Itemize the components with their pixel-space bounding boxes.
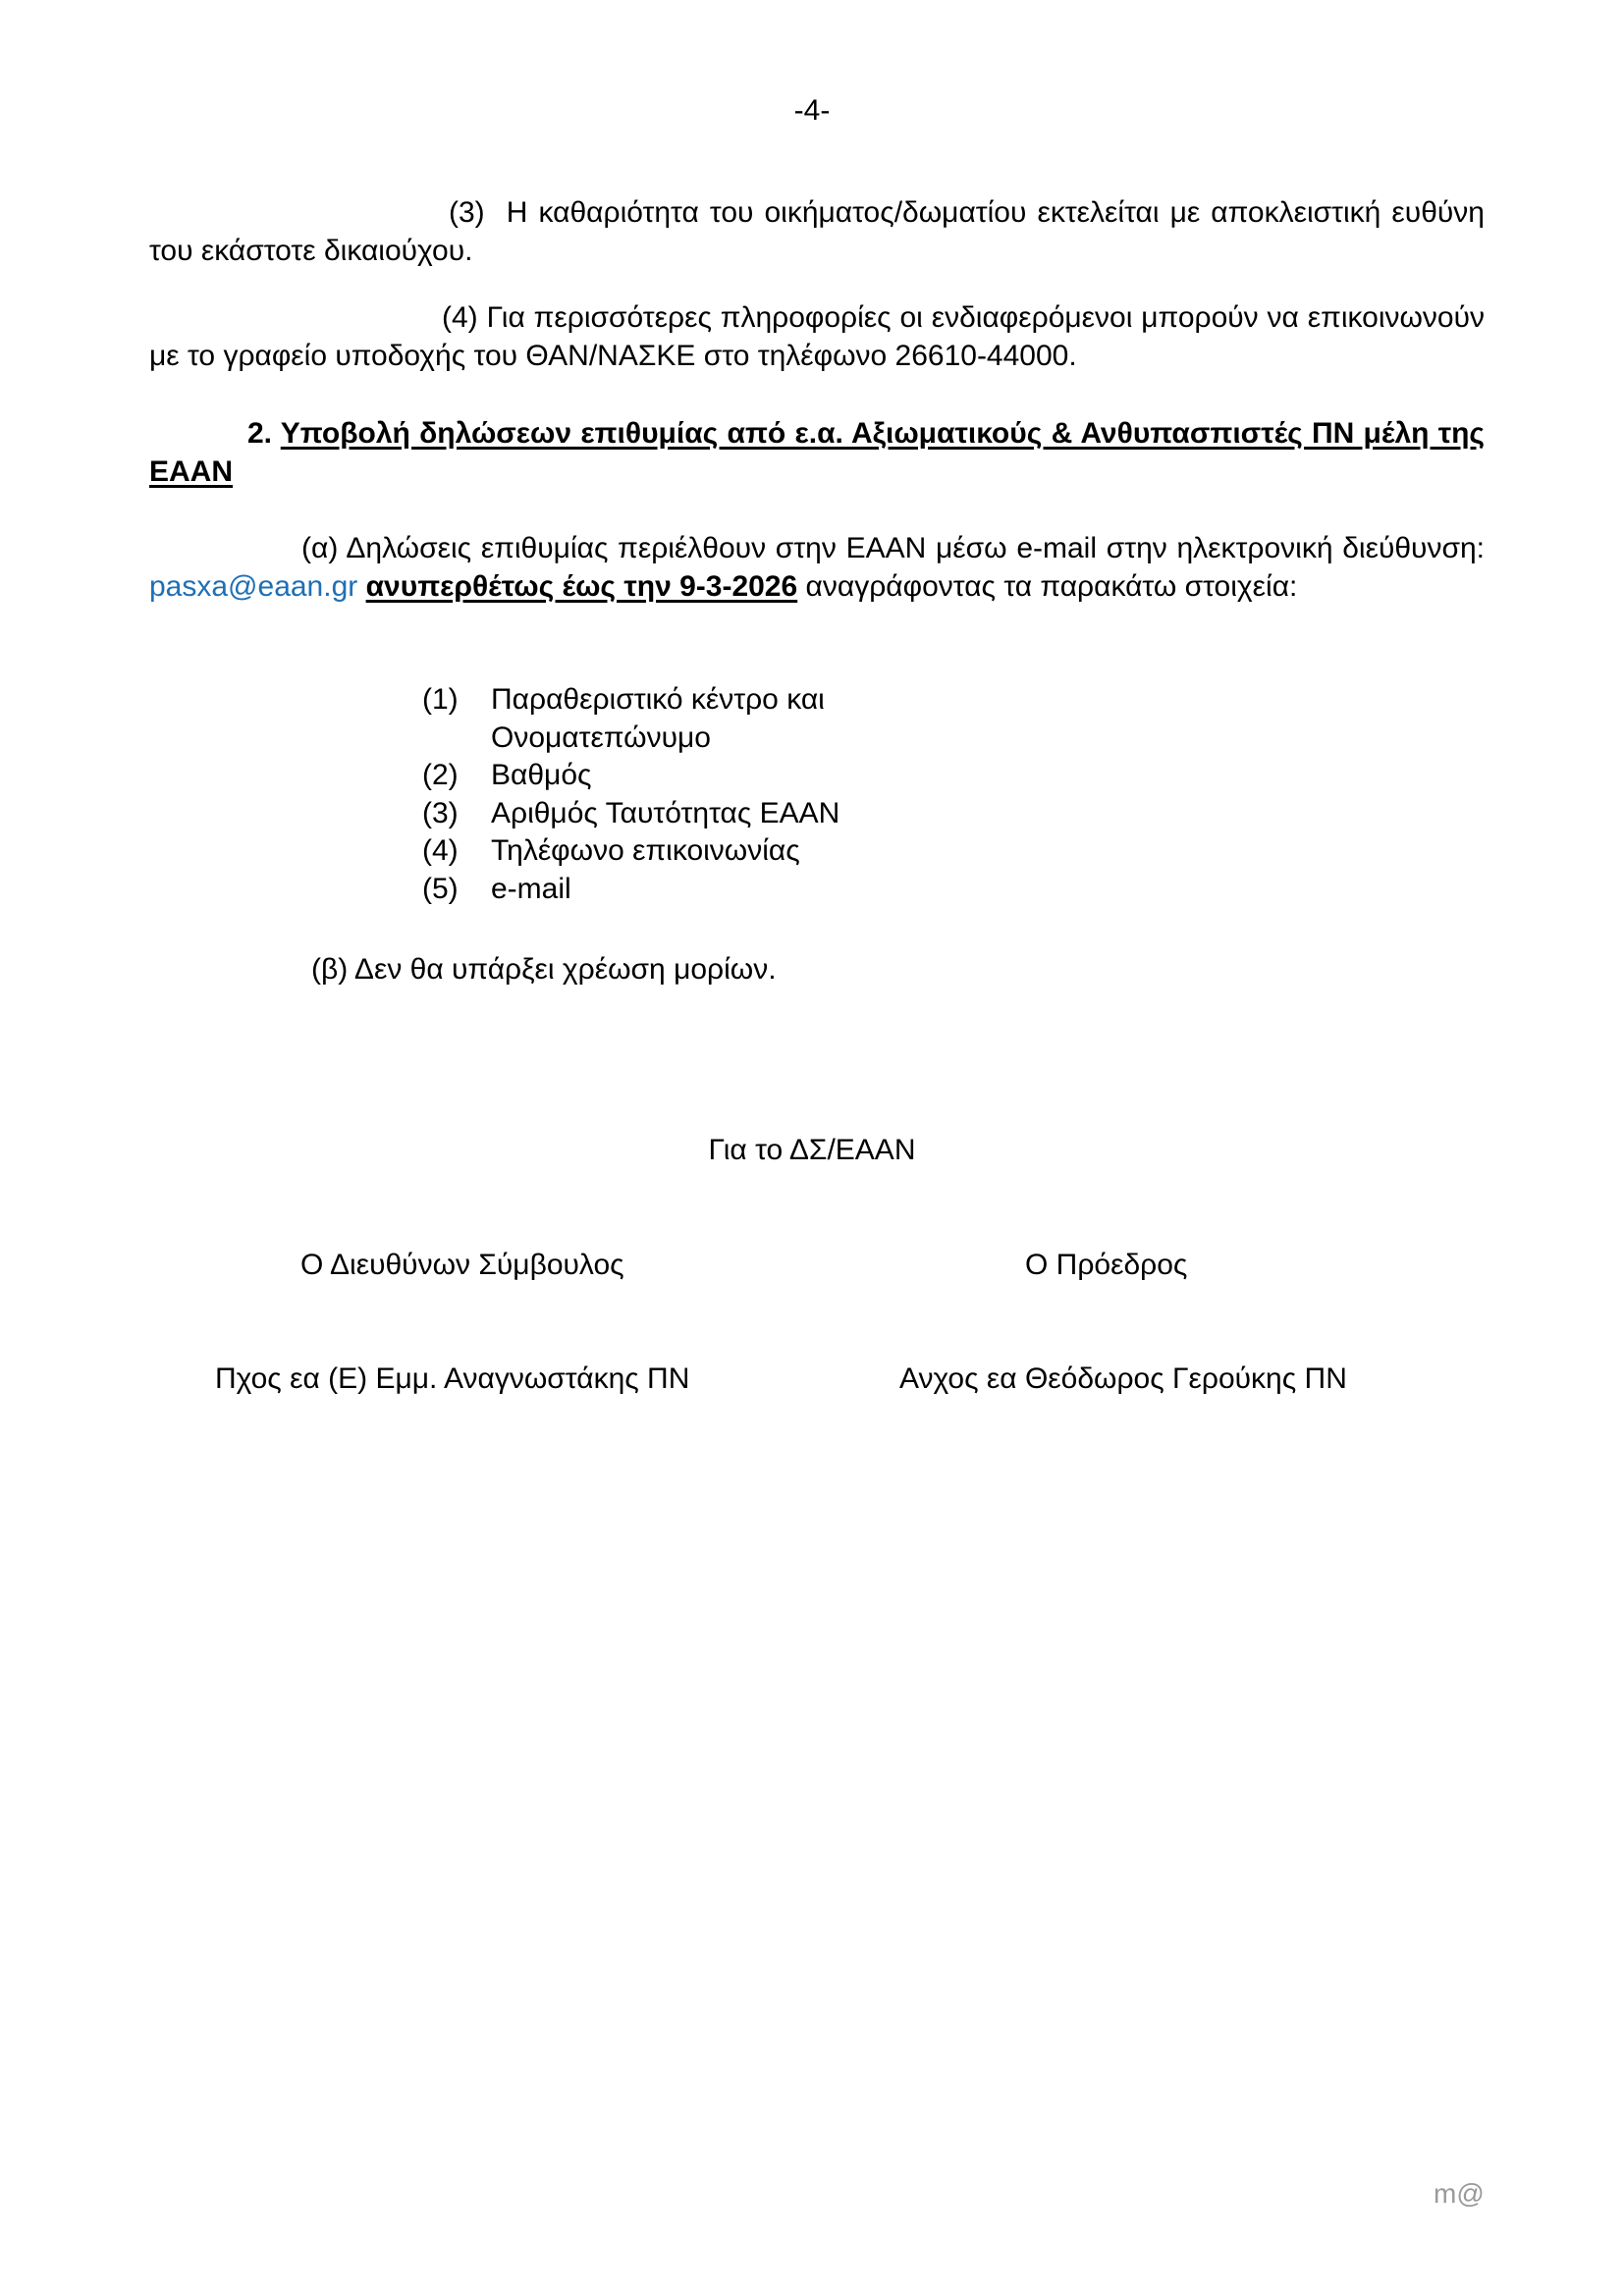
paragraph-b: (β) Δεν θα υπάρξει χρέωση μορίων. <box>311 950 777 988</box>
list-item-text: e-mail <box>491 871 903 909</box>
paragraph-3-label: (3) <box>449 196 485 229</box>
paragraph-4: (4) Για περισσότερες πληροφορίες οι ενδι… <box>149 298 1485 375</box>
list-item-number: (2) <box>422 757 491 795</box>
list-item: (5) e-mail <box>422 871 903 909</box>
list-item: (3) Αριθμός Ταυτότητας ΕΑΑΝ <box>422 795 903 833</box>
required-info-list: (1) Παραθεριστικό κέντρο και Ονοματεπώνυ… <box>422 681 903 908</box>
for-board-label: Για το ΔΣ/ΕΑΑΝ <box>0 1134 1624 1167</box>
paragraph-3-text: Η καθαριότητα του οικήματος/δωματίου εκτ… <box>149 196 1485 267</box>
list-item-text: Παραθεριστικό κέντρο και Ονοματεπώνυμο <box>491 681 903 757</box>
list-item: (4) Τηλέφωνο επικοινωνίας <box>422 832 903 871</box>
email-link[interactable]: pasxa@eaan.gr <box>149 570 357 603</box>
list-item-number: (4) <box>422 832 491 871</box>
section-title: Υποβολή δηλώσεων επιθυμίας από ε.α. Αξιω… <box>149 417 1485 488</box>
paragraph-4-label: (4) <box>442 301 478 334</box>
list-item-text: Τηλέφωνο επικοινωνίας <box>491 832 903 871</box>
section-number: 2. <box>149 414 272 453</box>
list-item: (2) Βαθμός <box>422 757 903 795</box>
list-item-text: Βαθμός <box>491 757 903 795</box>
list-item-number: (1) <box>422 681 491 757</box>
paragraph-a-text-before: (α) Δηλώσεις επιθυμίας περιέλθουν στην Ε… <box>301 532 1485 564</box>
paragraph-a: (α) Δηλώσεις επιθυμίας περιέλθουν στην Ε… <box>149 529 1485 606</box>
deadline-text: ανυπερθέτως έως την 9-3-2026 <box>366 570 798 603</box>
section-2-heading: 2. Υποβολή δηλώσεων επιθυμίας από ε.α. Α… <box>149 414 1485 491</box>
list-item-text: Αριθμός Ταυτότητας ΕΑΑΝ <box>491 795 903 833</box>
footer-mark: m@ <box>1434 2178 1485 2210</box>
paragraph-a-text-after: αναγράφοντας τα παρακάτω στοιχεία: <box>806 570 1298 603</box>
list-item-number: (3) <box>422 795 491 833</box>
signature-title-left: Ο Διευθύνων Σύμβουλος <box>300 1249 624 1282</box>
page-number: -4- <box>0 94 1624 128</box>
signature-name-right: Ανχος εα Θεόδωρος Γερούκης ΠΝ <box>899 1362 1347 1396</box>
signature-name-left: Πχος εα (Ε) Εμμ. Αναγνωστάκης ΠΝ <box>215 1362 689 1396</box>
signature-title-right: Ο Πρόεδρος <box>1025 1249 1187 1282</box>
list-item: (1) Παραθεριστικό κέντρο και Ονοματεπώνυ… <box>422 681 903 757</box>
paragraph-4-text: Για περισσότερες πληροφορίες οι ενδιαφερ… <box>149 301 1485 372</box>
paragraph-3: (3) Η καθαριότητα του οικήματος/δωματίου… <box>149 193 1485 270</box>
list-item-number: (5) <box>422 871 491 909</box>
